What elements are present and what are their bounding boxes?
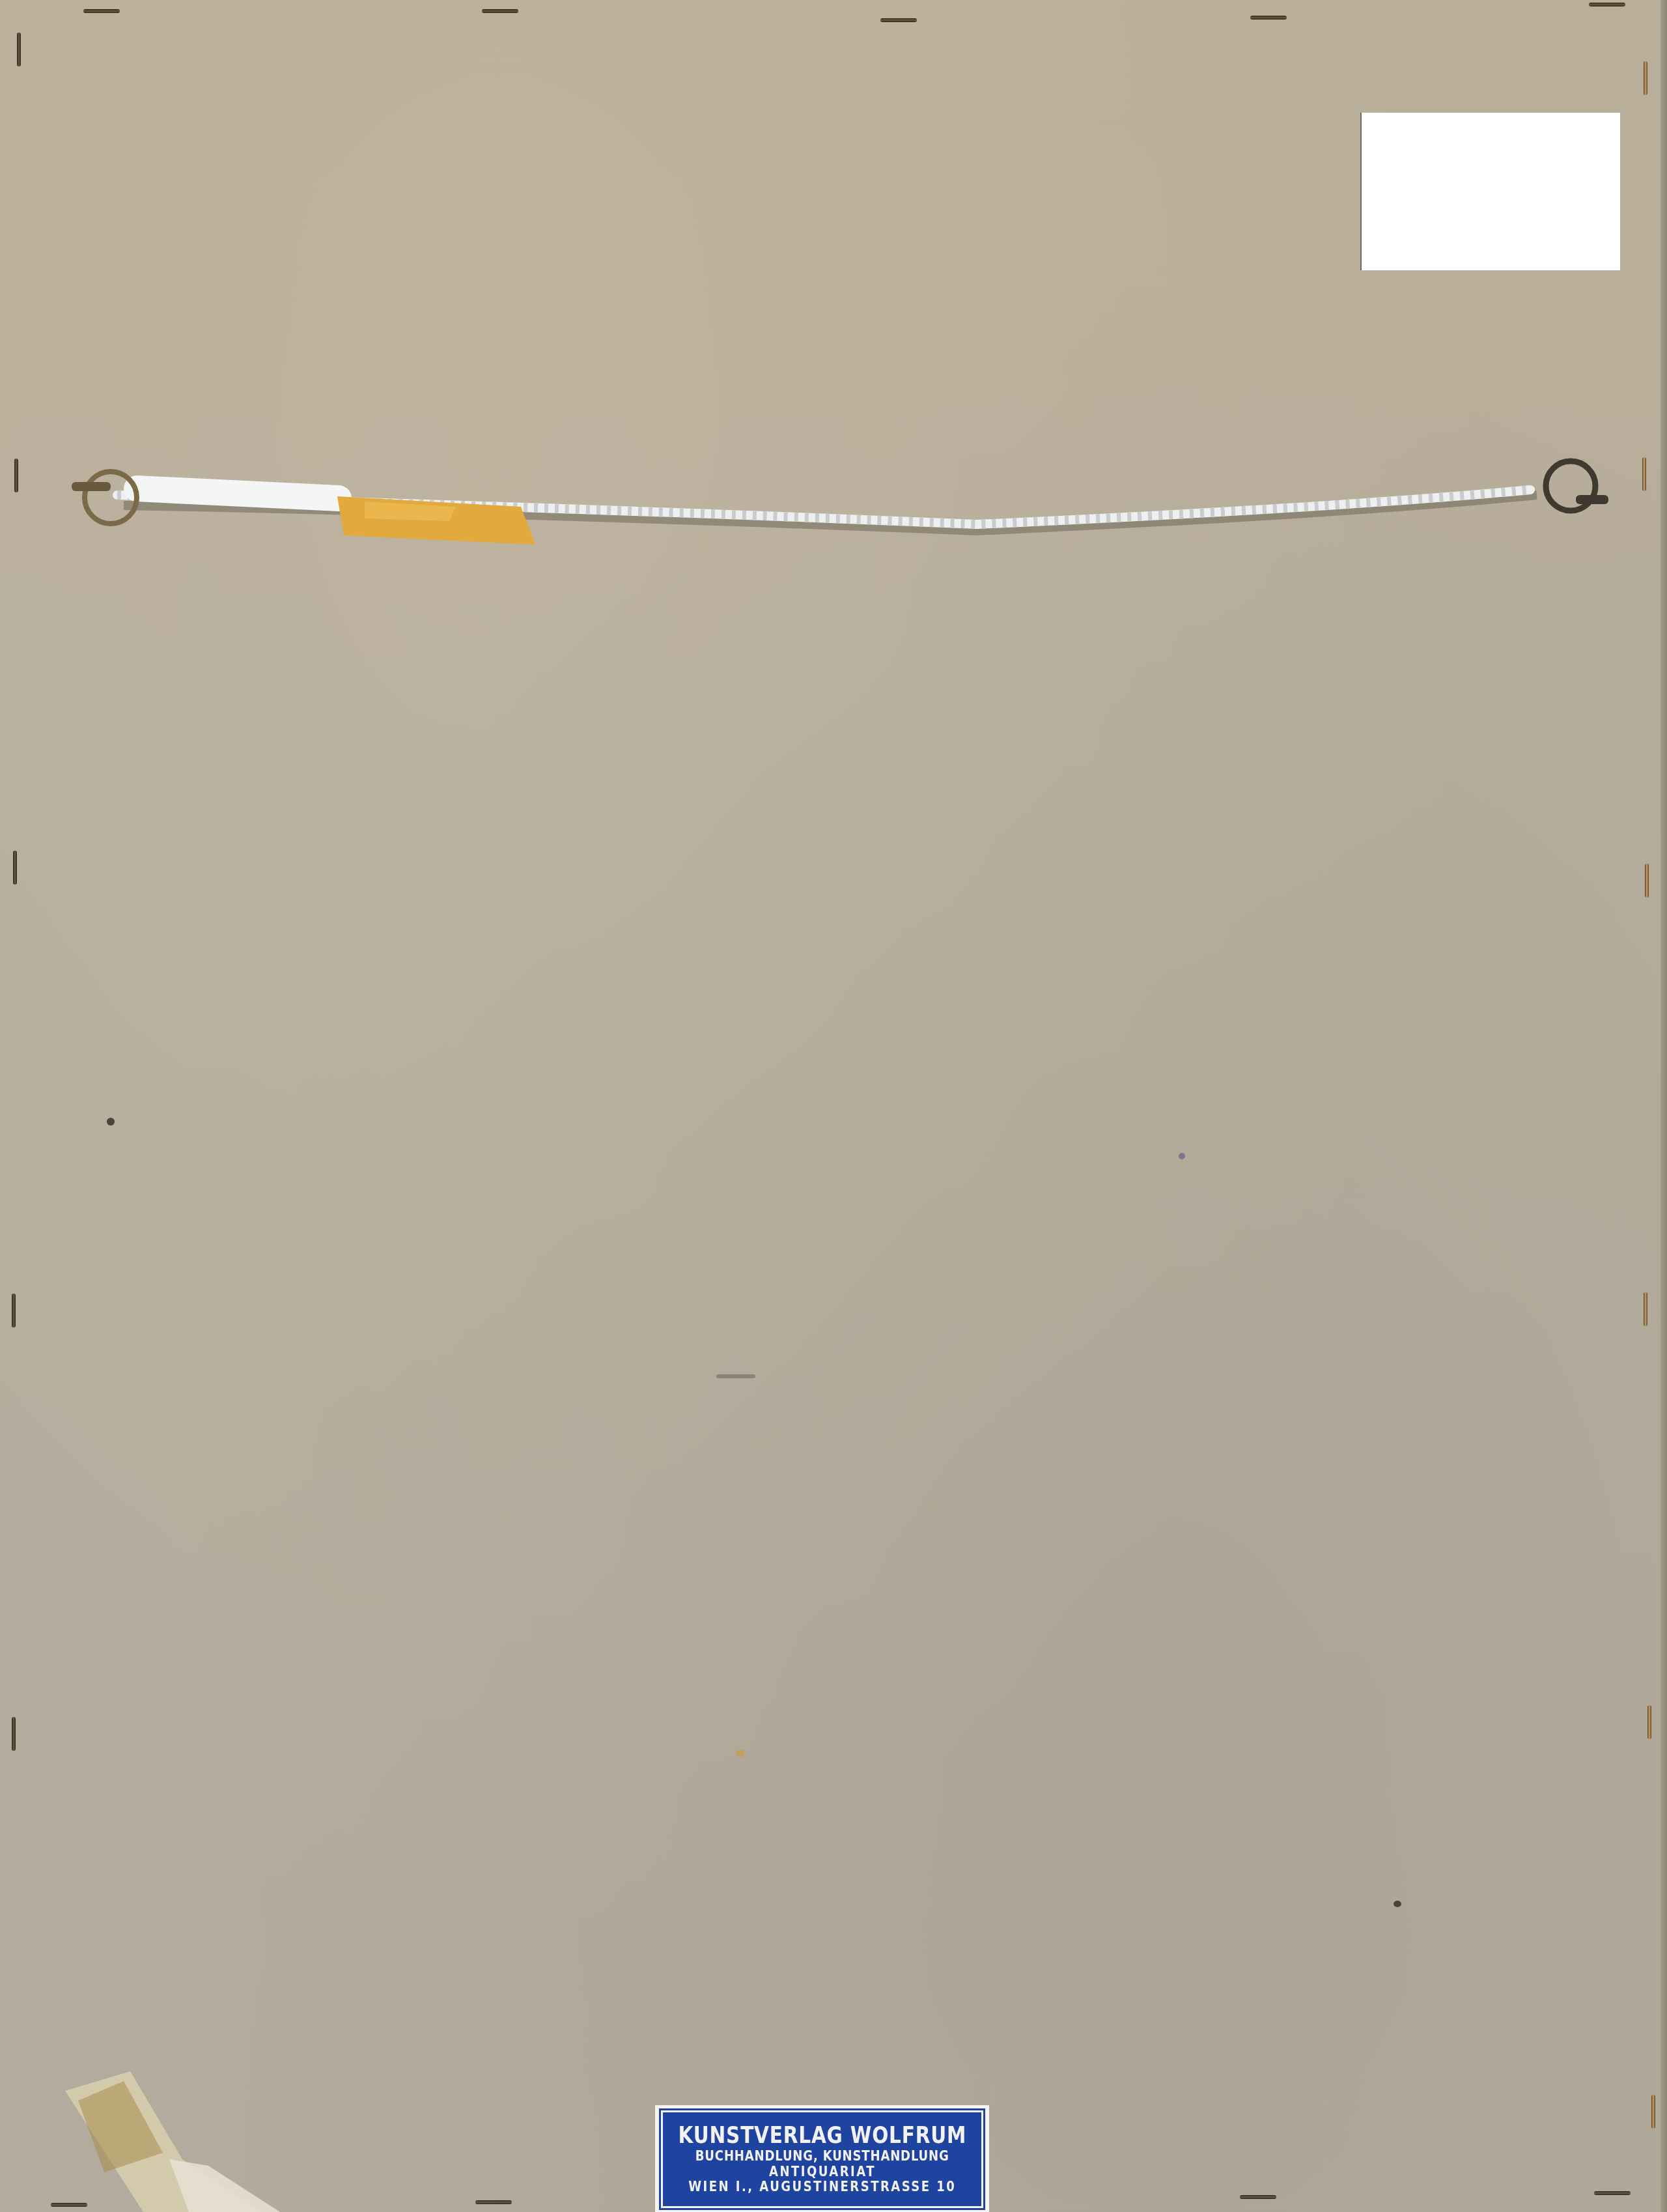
speck xyxy=(107,1118,115,1126)
label-address: WIEN I., AUGUSTINERSTRASSE 10 xyxy=(688,2179,956,2195)
dealer-label-panel: KUNSTVERLAG WOLFRUM BUCHHANDLUNG, KUNSTH… xyxy=(661,2110,983,2208)
speck xyxy=(736,1750,745,1757)
label-antiquariat: ANTIQUARIAT xyxy=(769,2164,876,2180)
hanging-cord xyxy=(0,0,1667,2212)
speck xyxy=(1394,1901,1401,1907)
label-business-type: BUCHHANDLUNG, KUNSTHANDLUNG xyxy=(695,2149,949,2164)
label-dealer-name: KUNSTVERLAG WOLFRUM xyxy=(678,2123,966,2149)
tape-remnant xyxy=(65,2042,287,2212)
dealer-label: KUNSTVERLAG WOLFRUM BUCHHANDLUNG, KUNSTH… xyxy=(655,2105,989,2212)
speck xyxy=(1179,1153,1185,1159)
speck xyxy=(716,1374,755,1378)
